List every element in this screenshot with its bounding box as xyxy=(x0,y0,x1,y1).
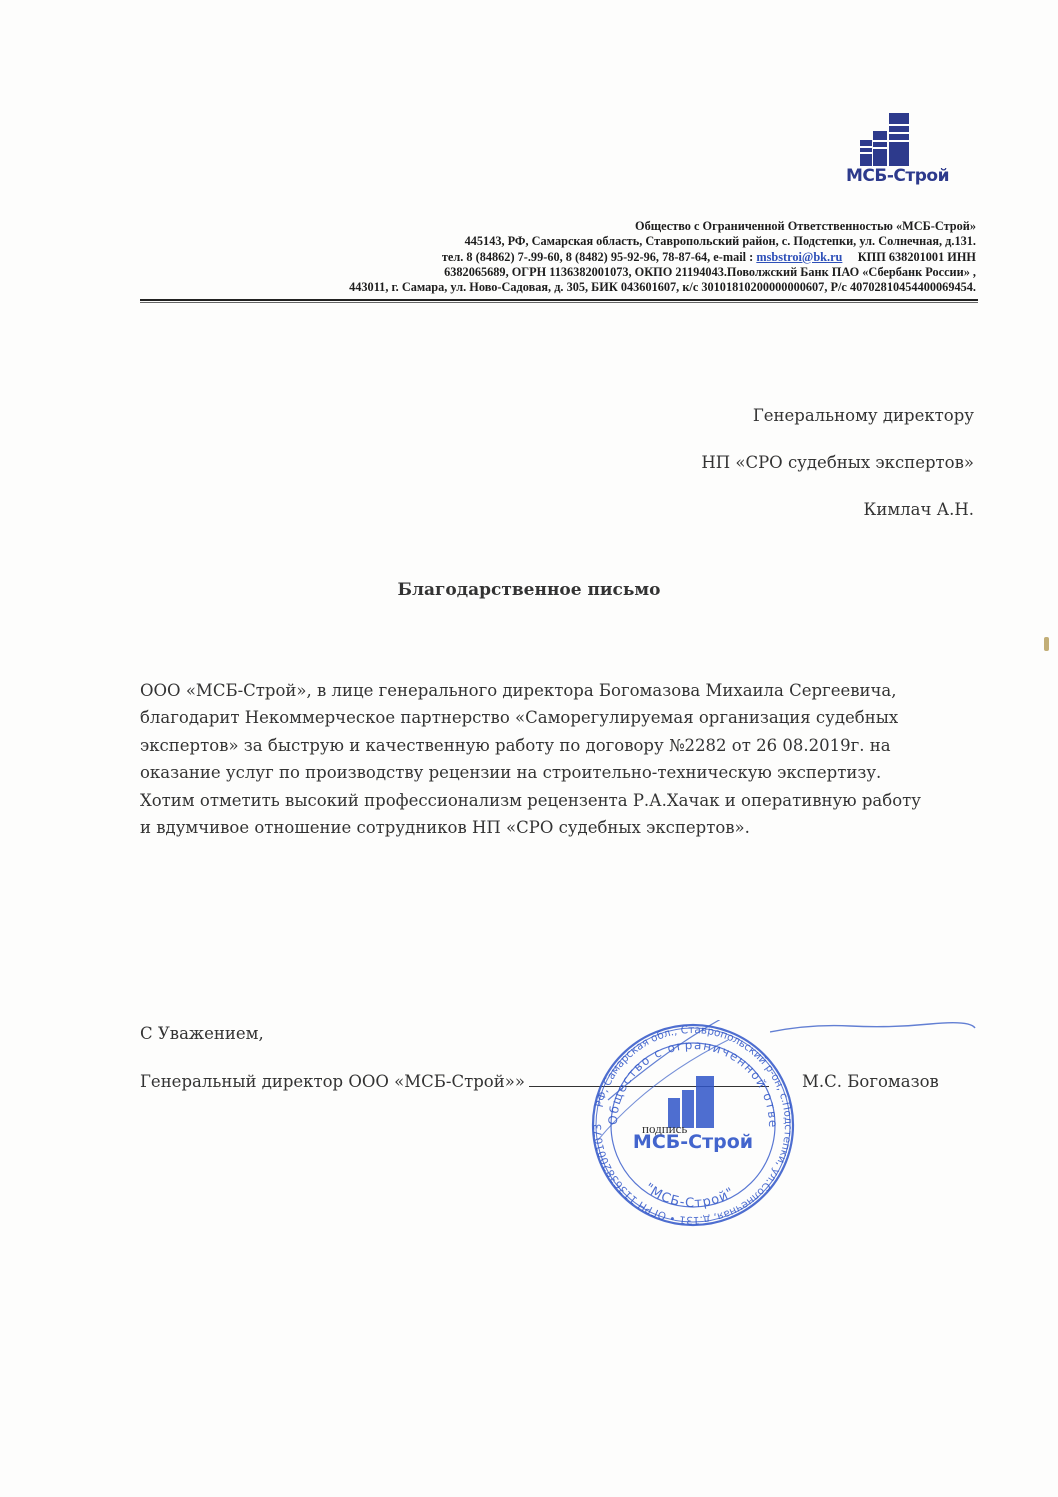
stamp-seal-icon: РФ, Самарская обл., Ставропольский р-он,… xyxy=(588,1020,798,1230)
letterhead: Общество с Ограниченной Ответственностью… xyxy=(349,219,976,295)
body-line: Хотим отметить высокий профессионализм р… xyxy=(140,787,980,814)
letterhead-divider xyxy=(140,299,978,301)
letterhead-line: Общество с Ограниченной Ответственностью… xyxy=(349,219,976,234)
logo-text: МСБ-Строй xyxy=(846,166,949,186)
body-line: оказание услуг по производству рецензии … xyxy=(140,759,980,786)
signatory-name: М.С. Богомазов xyxy=(802,1072,939,1091)
paper-smudge xyxy=(1044,637,1049,651)
letterhead-line: 6382065689, ОГРН 1136382001073, ОКПО 211… xyxy=(349,265,976,280)
kpp-text: КПП 638201001 ИНН xyxy=(858,250,976,264)
recipient-block: Генеральному директору НП «СРО судебных … xyxy=(701,392,974,533)
recipient-organization: НП «СРО судебных экспертов» xyxy=(701,439,974,486)
signatory-position: Генеральный директор ООО «МСБ-Строй»» xyxy=(140,1072,525,1091)
body-line: экспертов» за быструю и качественную раб… xyxy=(140,732,980,759)
closing: С Уважением, xyxy=(140,1024,264,1043)
buildings-icon xyxy=(842,108,972,168)
letter-title: Благодарственное письмо xyxy=(0,580,1058,600)
company-logo: МСБ-Строй xyxy=(842,108,972,188)
company-stamp: РФ, Самарская обл., Ставропольский р-он,… xyxy=(588,1020,798,1230)
letterhead-line: 443011, г. Самара, ул. Ново-Садовая, д. … xyxy=(349,280,976,295)
body-line: благодарит Некоммерческое партнерство «С… xyxy=(140,704,980,731)
letter-body: ООО «МСБ-Строй», в лице генерального дир… xyxy=(140,677,980,841)
letterhead-line: 445143, РФ, Самарская область, Ставропол… xyxy=(349,234,976,249)
recipient-position: Генеральному директору xyxy=(701,392,974,439)
recipient-name: Кимлач А.Н. xyxy=(701,486,974,533)
body-line: и вдумчивое отношение сотрудников НП «СР… xyxy=(140,814,980,841)
body-line: ООО «МСБ-Строй», в лице генерального дир… xyxy=(140,677,980,704)
letterhead-contacts: тел. 8 (84862) 7-.99-60, 8 (8482) 95-92-… xyxy=(349,250,976,265)
signature-caption: подпись xyxy=(642,1121,687,1137)
letterhead-divider-thin xyxy=(140,302,978,303)
phone-text: тел. 8 (84862) 7-.99-60, 8 (8482) 95-92-… xyxy=(442,250,753,264)
email-link[interactable]: msbstroi@bk.ru xyxy=(756,250,842,264)
signature-stroke-icon xyxy=(770,1018,980,1038)
